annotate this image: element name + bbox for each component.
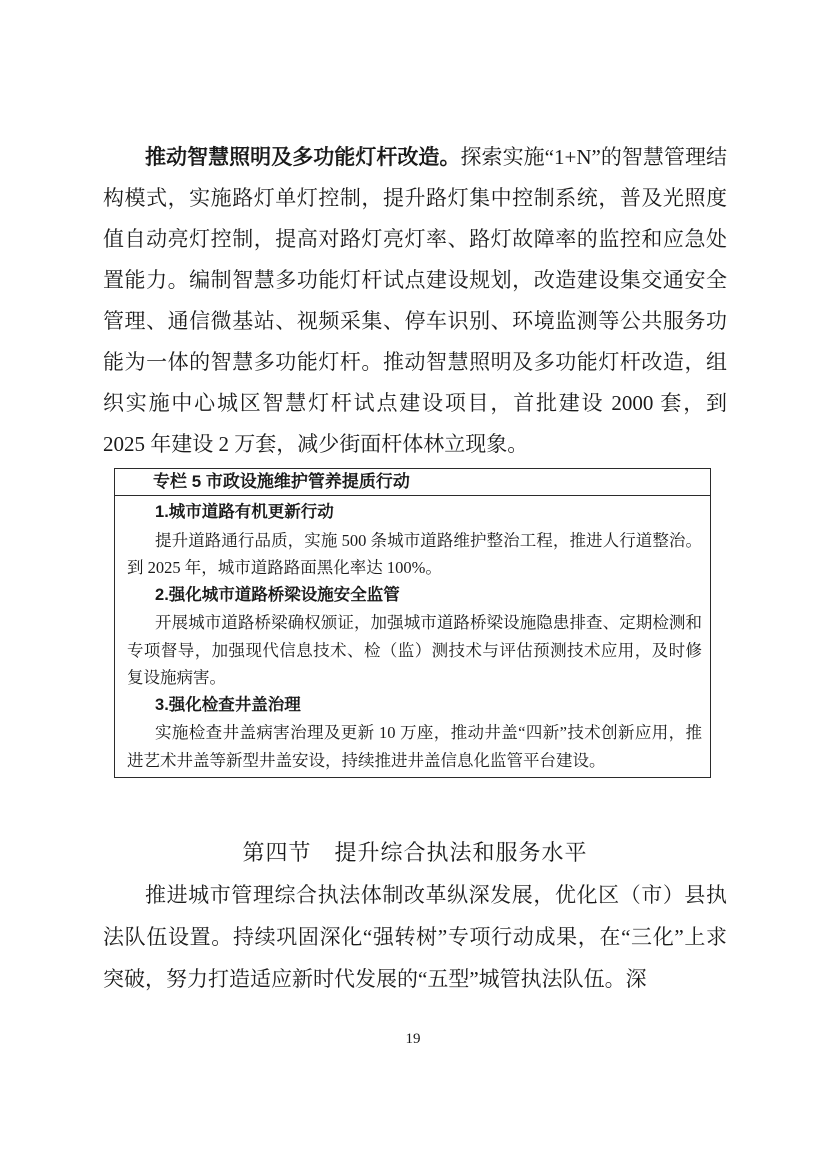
paragraph-body-text: 探索实施“1+N”的智慧管理结构模式，实施路灯单灯控制，提升路灯集中控制系统，普… [103,145,727,456]
paragraph-enforcement: 推进城市管理综合执法体制改革纵深发展，优化区（市）县执法队伍设置。持续巩固深化“… [103,874,727,1000]
callout-box-title: 专栏 5 市政设施维护管养提质行动 [115,469,710,496]
document-page: 推动智慧照明及多功能灯杆改造。探索实施“1+N”的智慧管理结构模式，实施路灯单灯… [0,0,826,1169]
callout-item-3-body: 实施检查井盖病害治理及更新 10 万座，推动井盖“四新”技术创新应用，推进艺术井… [127,719,702,774]
callout-item-2-heading: 2.强化城市道路桥梁设施安全监管 [127,582,702,610]
callout-box-special-column-5: 专栏 5 市政设施维护管养提质行动 1.城市道路有机更新行动 提升道路通行品质，… [114,468,711,778]
callout-item-1-heading: 1.城市道路有机更新行动 [127,499,702,527]
callout-box-body: 1.城市道路有机更新行动 提升道路通行品质，实施 500 条城市道路维护整治工程… [115,496,710,777]
page-number: 19 [0,1031,826,1048]
callout-item-3-heading: 3.强化检查井盖治理 [127,692,702,720]
paragraph-smart-lighting: 推动智慧照明及多功能灯杆改造。探索实施“1+N”的智慧管理结构模式，实施路灯单灯… [103,137,727,465]
callout-item-1-body: 提升道路通行品质，实施 500 条城市道路维护整治工程，推进人行道整治。到 20… [127,527,702,582]
paragraph-lead-bold: 推动智慧照明及多功能灯杆改造。 [145,146,461,169]
section-heading: 第四节 提升综合执法和服务水平 [103,836,727,867]
callout-item-2-body: 开展城市道路桥梁确权颁证，加强城市道路桥梁设施隐患排查、定期检测和专项督导，加强… [127,609,702,692]
